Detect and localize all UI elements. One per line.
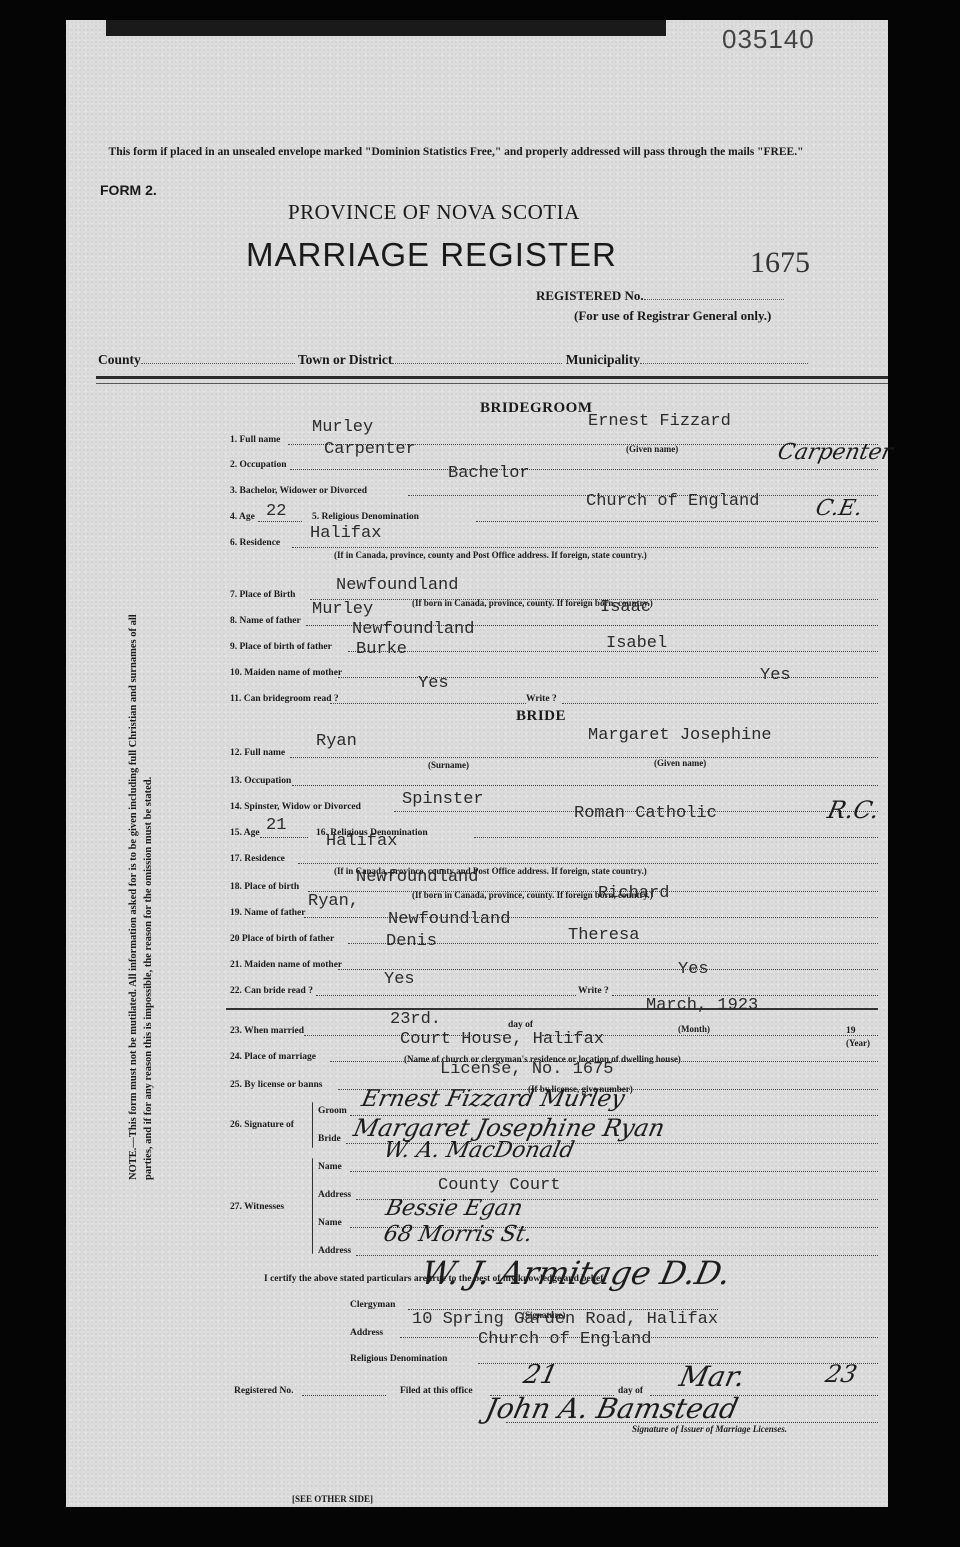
registrar-note: (For use of Registrar General only.) bbox=[574, 308, 771, 324]
groom-write: Yes bbox=[760, 666, 791, 685]
bride-heading: BRIDE bbox=[516, 708, 566, 725]
county-label: County bbox=[98, 352, 141, 367]
groom-margin-religion: C.E. bbox=[813, 496, 864, 521]
issuer-sub: Signature of Issuer of Marriage Licenses… bbox=[632, 1424, 787, 1434]
bride-occupation-line bbox=[292, 785, 878, 786]
witness-1-address-label: Address bbox=[318, 1190, 351, 1200]
bride-father-surname: Ryan, bbox=[308, 892, 359, 911]
bridegroom-heading: BRIDEGROOM bbox=[480, 400, 593, 417]
filed-month: Mar. bbox=[676, 1360, 748, 1393]
groom-age-label: 4. Age bbox=[230, 512, 255, 522]
witnesses-label: 27. Witnesses bbox=[230, 1202, 284, 1212]
married-day: 23rd. bbox=[390, 1010, 441, 1029]
month-sub: (Month) bbox=[678, 1024, 710, 1034]
header-fields-row: County Town or District Municipality bbox=[98, 352, 808, 368]
groom-write-label: Write ? bbox=[526, 694, 557, 704]
bride-status-label: 14. Spinster, Widow or Divorced bbox=[230, 802, 361, 812]
groom-age: 22 bbox=[266, 502, 286, 521]
bride-age-label: 15. Age bbox=[230, 828, 260, 838]
bride-residence-label: 17. Residence bbox=[230, 854, 285, 864]
groom-residence-label: 6. Residence bbox=[230, 538, 280, 548]
place-of-marriage-label: 24. Place of marriage bbox=[230, 1052, 316, 1062]
groom-mother-surname: Burke bbox=[356, 640, 407, 659]
groom-father-label: 8. Name of father bbox=[230, 616, 301, 626]
municipality-label: Municipality bbox=[566, 352, 640, 367]
groom-religion: Church of England bbox=[586, 492, 759, 511]
municipality-field bbox=[640, 352, 808, 364]
groom-read-line bbox=[330, 703, 526, 704]
bride-religion-line bbox=[474, 837, 878, 838]
groom-birthplace: Newfoundland bbox=[336, 576, 458, 595]
groom-occupation-label: 2. Occupation bbox=[230, 460, 286, 470]
county-field bbox=[141, 352, 295, 364]
witness-1-name-label: Name bbox=[318, 1162, 342, 1172]
bride-occupation-label: 13. Occupation bbox=[230, 776, 291, 786]
header-divider-thin bbox=[96, 383, 888, 384]
groom-status: Bachelor bbox=[448, 464, 530, 483]
groom-occupation: Carpenter bbox=[324, 440, 416, 459]
witness-2-address: 68 Morris St. bbox=[381, 1222, 534, 1247]
groom-given-name: Ernest Fizzard bbox=[588, 412, 731, 431]
witness-1-address: County Court bbox=[438, 1176, 560, 1195]
registered-no-field bbox=[644, 288, 784, 300]
married-month: March, 1923 bbox=[646, 996, 758, 1015]
scan-edge-shadow bbox=[106, 20, 666, 36]
postal-notice: This form if placed in an unsealed envel… bbox=[106, 144, 806, 160]
bride-margin-religion: R.C. bbox=[825, 796, 882, 824]
groom-birthplace-label: 7. Place of Birth bbox=[230, 590, 295, 600]
groom-fullname-label: 1. Full name bbox=[230, 435, 280, 445]
registered-no-bottom-label: Registered No. bbox=[234, 1386, 293, 1396]
issuer-signature: John A. Bamstead bbox=[482, 1392, 741, 1425]
bride-given-name: Margaret Josephine bbox=[588, 726, 772, 745]
day-of-label: day of bbox=[508, 1020, 533, 1030]
bride-fullname-line bbox=[290, 757, 878, 758]
clergy-religion-label: Religious Denomination bbox=[350, 1354, 447, 1364]
groom-father-birthplace-label: 9. Place of birth of father bbox=[230, 642, 332, 652]
bride-residence-line bbox=[298, 863, 878, 864]
filed-day: 21 bbox=[521, 1360, 560, 1390]
bride-mother-line bbox=[338, 969, 878, 970]
bride-write: Yes bbox=[678, 960, 709, 979]
groom-occupation-line bbox=[290, 469, 878, 470]
bride-age: 21 bbox=[266, 816, 286, 835]
signature-brace bbox=[312, 1102, 313, 1148]
bride-residence: Halifax bbox=[326, 832, 397, 851]
witness-2-name: Bessie Egan bbox=[383, 1196, 525, 1221]
groom-read: Yes bbox=[418, 674, 449, 693]
signature-of-label: 26. Signature of bbox=[230, 1120, 294, 1130]
witness-2-address-label: Address bbox=[318, 1246, 351, 1256]
witness-2-name-label: Name bbox=[318, 1218, 342, 1228]
filed-year: 23 bbox=[823, 1360, 859, 1388]
filed-label: Filed at this office bbox=[400, 1386, 473, 1396]
stamped-register-number: 1675 bbox=[750, 246, 810, 280]
registered-no-bottom-line bbox=[302, 1395, 386, 1396]
groom-residence-line bbox=[292, 547, 878, 548]
groom-father-given: Isaac bbox=[600, 598, 651, 617]
place-of-marriage: Court House, Halifax bbox=[400, 1030, 604, 1049]
bride-read-label: 22. Can bride read ? bbox=[230, 986, 313, 996]
bride-status: Spinster bbox=[402, 790, 484, 809]
groom-read-label: 11. Can bridegroom read ? bbox=[230, 694, 339, 704]
groom-signature-label: Groom bbox=[318, 1106, 347, 1116]
archive-number: 035140 bbox=[722, 24, 815, 55]
groom-age-line bbox=[258, 521, 302, 522]
header-divider bbox=[96, 376, 888, 379]
clergy-religion: Church of England bbox=[478, 1330, 651, 1349]
town-label: Town or District bbox=[298, 352, 393, 367]
side-note: NOTE.—This form must not be mutilated. A… bbox=[126, 600, 156, 1180]
groom-write-line bbox=[562, 703, 878, 704]
groom-mother-label: 10. Maiden name of mother bbox=[230, 668, 342, 678]
groom-father-surname: Murley bbox=[312, 600, 373, 619]
clergy-address-label: Address bbox=[350, 1328, 383, 1338]
bride-surname-sub: (Surname) bbox=[428, 760, 469, 770]
registered-no-label: REGISTERED No. bbox=[536, 288, 784, 304]
bride-read-line bbox=[316, 995, 576, 996]
witness-1-name-line bbox=[350, 1171, 878, 1172]
groom-father-birthplace: Newfoundland bbox=[352, 620, 474, 639]
bride-birthplace-label: 18. Place of birth bbox=[230, 882, 299, 892]
clergy-address: 10 Spring Garden Road, Halifax bbox=[412, 1310, 718, 1329]
town-field bbox=[392, 352, 562, 364]
bride-father-label: 19. Name of father bbox=[230, 908, 305, 918]
witness-brace bbox=[312, 1158, 313, 1254]
year-prefix: 19 bbox=[846, 1026, 856, 1036]
bride-write-label: Write ? bbox=[578, 986, 609, 996]
groom-status-label: 3. Bachelor, Widower or Divorced bbox=[230, 486, 367, 496]
groom-surname: Murley bbox=[312, 418, 373, 437]
bride-mother-surname: Denis bbox=[386, 932, 437, 951]
groom-margin-occupation: Carpenter bbox=[775, 440, 894, 465]
groom-mother-given: Isabel bbox=[606, 634, 667, 653]
marriage-divider bbox=[226, 1008, 878, 1010]
bride-mother-given: Theresa bbox=[568, 926, 639, 945]
bride-birthplace: Newfoundland bbox=[356, 868, 478, 887]
groom-residence-sub: (If in Canada, province, county and Post… bbox=[334, 550, 647, 560]
bride-signature-label: Bride bbox=[318, 1134, 341, 1144]
form-label: FORM 2. bbox=[100, 182, 157, 198]
groom-religion-line bbox=[476, 521, 878, 522]
bride-mother-label: 21. Maiden name of mother bbox=[230, 960, 342, 970]
groom-given-sub: (Given name) bbox=[626, 444, 678, 454]
registered-no-text: REGISTERED No. bbox=[536, 288, 644, 303]
document-title: MARRIAGE REGISTER bbox=[246, 236, 617, 274]
bride-read: Yes bbox=[384, 970, 415, 989]
clergyman-label: Clergyman bbox=[350, 1300, 395, 1310]
clergyman-signature: W. J. Armitage D.D. bbox=[418, 1254, 734, 1292]
bride-religion: Roman Catholic bbox=[574, 804, 717, 823]
marriage-register-document: 035140 This form if placed in an unseale… bbox=[66, 20, 888, 1507]
bride-given-sub: (Given name) bbox=[654, 758, 706, 768]
when-married-label: 23. When married bbox=[230, 1026, 304, 1036]
bride-father-birthplace-label: 20 Place of birth of father bbox=[230, 934, 334, 944]
groom-residence: Halifax bbox=[310, 524, 381, 543]
year-sub: (Year) bbox=[846, 1038, 870, 1048]
license-label: 25. By license or banns bbox=[230, 1080, 322, 1090]
witness-1-name: W. A. MacDonald bbox=[381, 1138, 576, 1163]
bride-fullname-label: 12. Full name bbox=[230, 748, 285, 758]
bride-surname: Ryan bbox=[316, 732, 357, 751]
province-heading: PROVINCE OF NOVA SCOTIA bbox=[288, 200, 580, 225]
bride-father-birthplace: Newfoundland bbox=[388, 910, 510, 929]
groom-religion-label: 5. Religious Denomination bbox=[312, 512, 419, 522]
see-other-side: [SEE OTHER SIDE] bbox=[292, 1494, 373, 1504]
license-number: License, No. 1675 bbox=[440, 1060, 613, 1079]
bride-age-line bbox=[260, 837, 308, 838]
bride-father-given: Richard bbox=[598, 884, 669, 903]
groom-signature: Ernest Fizzard Murley bbox=[359, 1086, 627, 1112]
